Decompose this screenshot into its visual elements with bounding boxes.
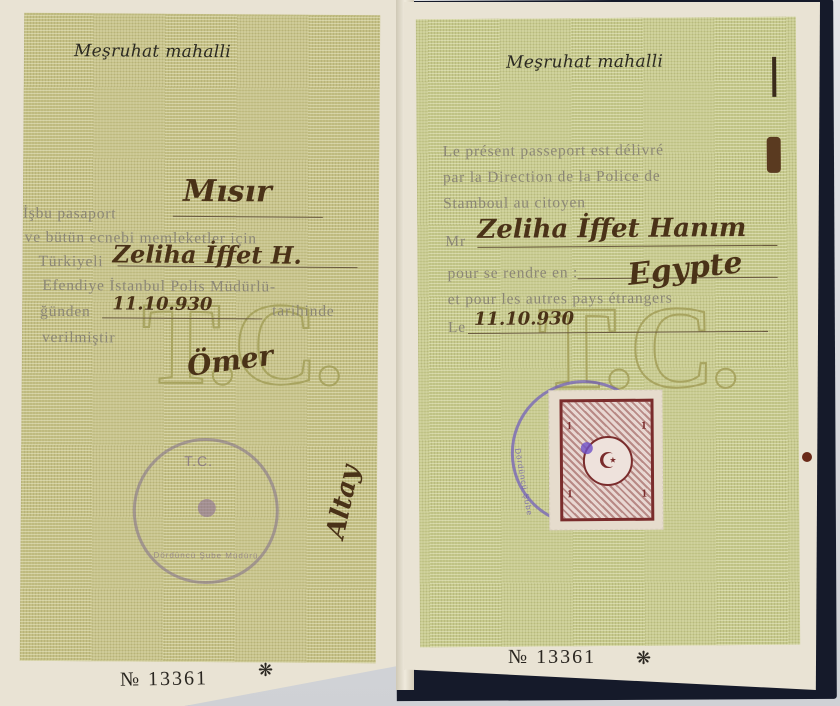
- left-hw-name: Zeliha İffet H.: [112, 239, 301, 269]
- ink-mark: [772, 57, 776, 97]
- left-margin-signature: Altay: [321, 463, 366, 542]
- right-line-1: Le présent passeport est délivré: [443, 142, 664, 162]
- right-line-5: pour se rendre en :: [448, 264, 579, 283]
- right-guilloche-panel: Meşruhat mahalli T.C. Le présent passepo…: [416, 17, 800, 648]
- revenue-stamp: ☪ 1 1 1 1: [548, 390, 663, 531]
- right-page: Meşruhat mahalli T.C. Le présent passepo…: [404, 2, 820, 690]
- left-fill-line-1: [173, 216, 323, 218]
- right-heading: Meşruhat mahalli: [506, 52, 663, 73]
- revenue-value-tr: 1: [641, 420, 647, 432]
- left-line-1: İşbu pasaport: [23, 205, 117, 224]
- rust-spot: [802, 452, 812, 462]
- right-hw-name: Zeliha İffet Hanım: [477, 213, 746, 245]
- left-round-stamp: T.C. Dördüncü Şube Müdürü: [132, 438, 279, 585]
- ink-stain: [767, 137, 781, 173]
- right-line-7: Le: [448, 319, 466, 337]
- left-guilloche-panel: Meşruhat mahalli T.C. İşbu pasaport ve b…: [20, 13, 381, 663]
- right-line-6: et pour les autres pays étrangers: [448, 290, 673, 310]
- left-serial-number: № 13361: [120, 667, 208, 692]
- left-heading: Meşruhat mahalli: [74, 41, 231, 62]
- stamp-ink-blot: [581, 442, 593, 454]
- left-hw-destination: Mısır: [183, 174, 272, 210]
- revenue-value-br: 1: [642, 488, 648, 500]
- stamp-center-mark: [198, 499, 216, 517]
- right-line-4: Mr: [445, 233, 466, 251]
- right-hw-date: 11.10.930: [474, 308, 574, 330]
- left-line-7: verilmiştir: [42, 329, 115, 348]
- stamp-ring-text: Dördüncü Şube Müdürü: [153, 551, 258, 561]
- left-page: Meşruhat mahalli T.C. İşbu pasaport ve b…: [0, 0, 410, 706]
- right-ink-stamp-text: Dördüncü Şube: [513, 448, 534, 517]
- right-line-2: par la Direction de la Police de: [443, 168, 661, 188]
- left-hw-date: 11.10.930: [112, 293, 212, 315]
- right-line-3: Stamboul au citoyen: [443, 194, 586, 213]
- right-serial-number: № 13361: [508, 646, 596, 669]
- left-line-3: Türkiyeli: [38, 253, 103, 271]
- revenue-stamp-frame: ☪ 1 1 1 1: [559, 399, 654, 522]
- revenue-value-bl: 1: [567, 488, 573, 500]
- left-line-5: ğünden: [40, 303, 91, 321]
- right-serial-ornament: ❋: [636, 648, 653, 669]
- stamp-center-text: T.C.: [184, 453, 213, 469]
- left-line-6: tarihinde: [272, 303, 334, 321]
- revenue-value-tl: 1: [567, 420, 573, 432]
- left-serial-ornament: ❋: [258, 660, 275, 681]
